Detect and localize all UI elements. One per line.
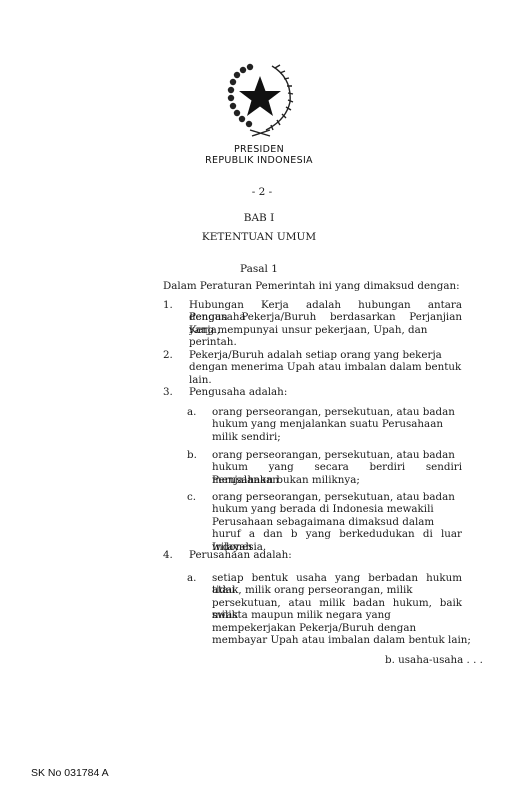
definition-subitem-line: hukum yang menjalankan suatu Perusahaan (212, 418, 462, 430)
article-heading: Pasal 1 (0, 263, 518, 275)
chapter-title: KETENTUAN UMUM (0, 231, 518, 243)
definition-item-number: 1. (163, 299, 173, 311)
definition-subitem-line: membayar Upah atau imbalan dalam bentuk … (212, 634, 471, 646)
definition-subitem-line: tidak, milik orang perseorangan, milik (212, 584, 462, 596)
definition-item-line: lain. (189, 374, 212, 386)
definition-subitem-number: a. (187, 572, 196, 584)
definition-item-number: 3. (163, 386, 173, 398)
page-number: - 2 - (3, 186, 518, 198)
definition-subitem-line: swasta maupun milik negara yang (212, 609, 462, 621)
definition-item-line: dengan menerima Upah atau imbalan dalam … (189, 361, 462, 373)
definition-subitem-line: orang perseorangan, persekutuan, atau ba… (212, 491, 462, 503)
definition-subitem-number: a. (187, 406, 196, 418)
definition-item-number: 4. (163, 549, 173, 561)
garuda-star-emblem-icon (220, 58, 300, 138)
continuation-text: b. usaha-usaha . . . (385, 654, 483, 666)
definition-subitem-line: hukum yang berada di Indonesia mewakili (212, 503, 462, 515)
definition-item-line: Perusahaan adalah: (189, 549, 292, 561)
intro-text: Dalam Peraturan Pemerintah ini yang dima… (163, 280, 460, 292)
definition-subitem-line: orang perseorangan, persekutuan, atau ba… (212, 449, 462, 461)
definition-item-number: 2. (163, 349, 173, 361)
definition-subitem-line: orang perseorangan, persekutuan, atau ba… (212, 406, 462, 418)
definition-subitem-number: c. (187, 491, 196, 503)
definition-item-line: yang mempunyai unsur pekerjaan, Upah, da… (189, 324, 462, 336)
definition-subitem-line: Perusahaan sebagaimana dimaksud dalam (212, 516, 462, 528)
chapter-heading: BAB I (0, 212, 518, 224)
definition-subitem-line: mempekerjakan Pekerja/Buruh dengan (212, 622, 462, 634)
definition-subitem-line: milik sendiri; (212, 431, 281, 443)
definition-item-line: Pengusaha adalah: (189, 386, 287, 398)
definition-subitem-line: Perusahaan bukan miliknya; (212, 474, 360, 486)
header-subtitle: REPUBLIK INDONESIA (0, 155, 518, 166)
document-serial: SK No 031784 A (31, 767, 109, 779)
definition-subitem-number: b. (187, 449, 197, 461)
definition-item-line: Pekerja/Buruh adalah setiap orang yang b… (189, 349, 462, 361)
header-title: PRESIDEN (0, 144, 518, 155)
definition-item-line: perintah. (189, 336, 237, 348)
